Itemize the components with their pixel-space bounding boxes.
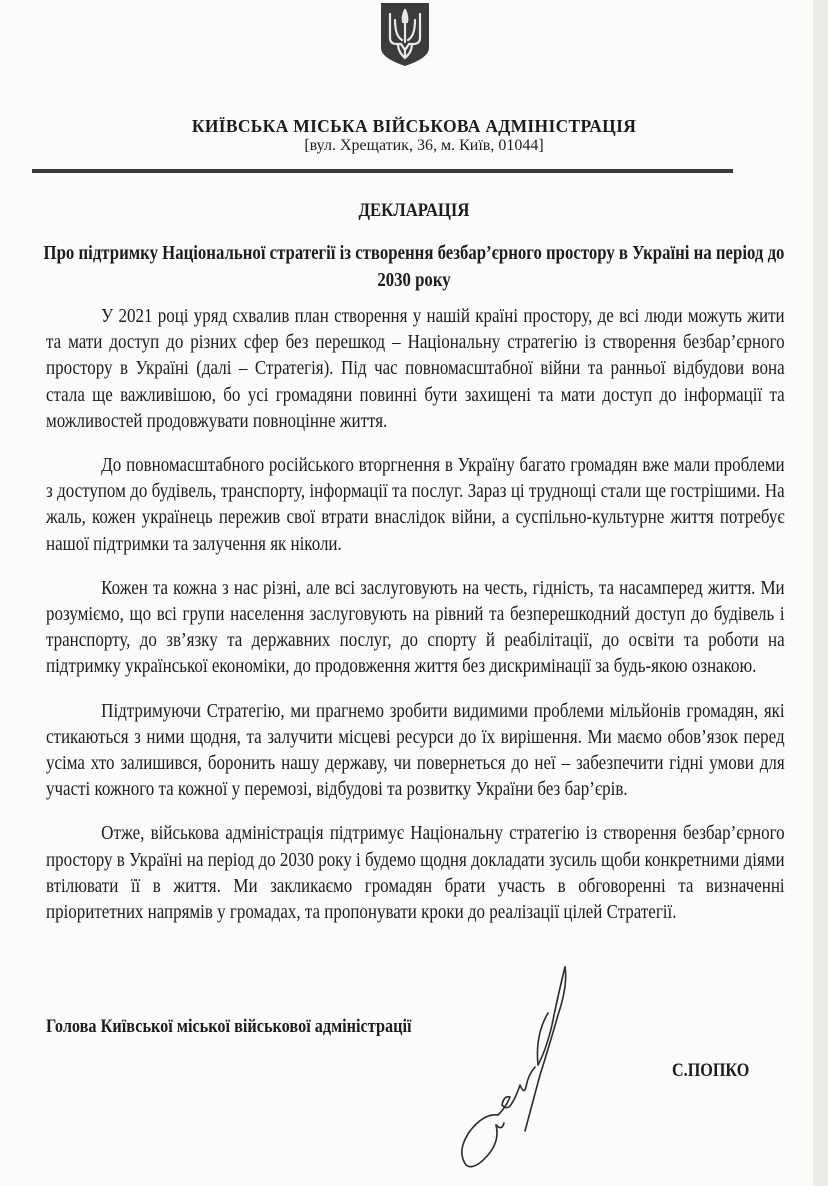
page-edge-shadow — [813, 0, 828, 1186]
paragraph: Підтримуючи Стратегію, ми прагнемо зроби… — [46, 698, 785, 803]
coat-of-arms-icon — [380, 2, 430, 67]
paragraph: У 2021 році уряд схвалив план створення … — [46, 303, 785, 434]
paragraph: До повномасштабного російського вторгнен… — [46, 452, 785, 557]
document-body: У 2021 році уряд схвалив план створення … — [46, 303, 785, 943]
paragraph: Кожен та кожна з нас різні, але всі засл… — [46, 575, 785, 680]
document-title: ДЕКЛАРАЦІЯ — [50, 200, 779, 222]
document-subject: Про підтримку Національної стратегії із … — [40, 240, 788, 294]
paragraph: Отже, військова адміністрація підтримує … — [46, 820, 785, 925]
handwritten-signature-icon — [440, 955, 580, 1185]
organization-name: КИЇВСЬКА МІСЬКА ВІЙСЬКОВА АДМІНІСТРАЦІЯ — [0, 116, 828, 137]
signer-position: Голова Київської міської військової адмі… — [46, 1016, 411, 1038]
organization-address: [вул. Хрещатик, 36, м. Київ, 01044] — [0, 137, 828, 155]
header-divider — [32, 169, 733, 173]
signer-name: С.ПОПКО — [672, 1060, 749, 1082]
